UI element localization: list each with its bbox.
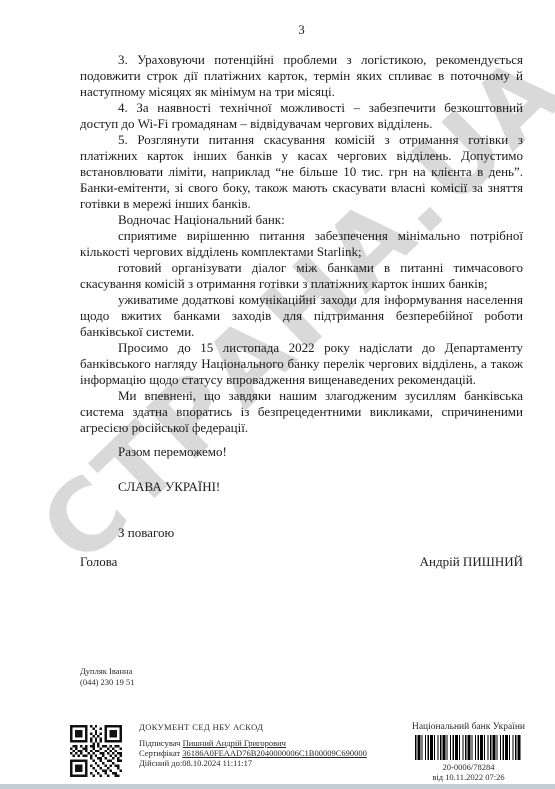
paragraph-nbu-intro: Водночас Національний банк: (80, 212, 523, 228)
signer-title: Голова (80, 554, 117, 570)
letter-body: 3 3. Ураховуючи потенційні проблеми з ло… (0, 0, 555, 570)
slogan-glory: СЛАВА УКРАЇНІ! (80, 479, 523, 495)
document-date: від 10.11.2022 07:26 (412, 772, 525, 782)
document-page: СТРАНА.UA 3 3. Ураховуючи потенційні про… (0, 0, 555, 789)
paragraph-wifi: 4. За наявності технічної можливості – з… (80, 100, 523, 132)
contact-phone: (044) 230 19 51 (80, 677, 135, 688)
signer-line: Підписувач Пишний Андрій Григорович (139, 738, 367, 748)
paragraph-logistics: 3. Ураховуючи потенційні проблеми з логі… (80, 52, 523, 100)
signer-label: Підписувач (139, 738, 183, 748)
digital-signature-stamp: ДОКУМЕНТ СЕД НБУ АСКОД Підписувач Пишний… (70, 722, 555, 782)
paragraph-starlink: сприятиме вирішенню питання забезпечення… (80, 228, 523, 260)
certificate-number: 36186A0FEAAD76B2040000006C1B00009C690000 (182, 748, 367, 758)
slogan-victory: Разом переможемо! (80, 444, 523, 460)
contact-person: Дупляк Іванна (80, 666, 135, 677)
organization-name: Національний банк України (412, 722, 525, 732)
certificate-line: Сертифікат 36186A0FEAAD76B2040000006C1B0… (139, 748, 367, 758)
validity-line: Дійсний до:08.10.2024 11:11:17 (139, 758, 367, 768)
paragraph-dialog: готовий організувати діалог між банками … (80, 260, 523, 292)
qr-code-icon (70, 722, 122, 780)
signature-row: Голова Андрій ПИШНИЙ (80, 554, 523, 570)
contact-block: Дупляк Іванна (044) 230 19 51 (80, 666, 135, 688)
stamp-text-block: ДОКУМЕНТ СЕД НБУ АСКОД Підписувач Пишний… (139, 722, 367, 768)
sed-system-line: ДОКУМЕНТ СЕД НБУ АСКОД (139, 722, 367, 732)
bottom-edge-strip (0, 784, 555, 789)
paragraph-request: Просимо до 15 листопада 2022 року надісл… (80, 340, 523, 388)
paragraph-communication: уживатиме додаткові комунікаційні заходи… (80, 292, 523, 340)
page-number: 3 (80, 22, 523, 38)
barcode-icon (415, 735, 521, 760)
signer-fullname: Пишний Андрій Григорович (183, 738, 286, 748)
document-number: 20-0006/78284 (412, 762, 525, 772)
certificate-label: Сертифікат (139, 748, 182, 758)
signer-name: Андрій ПИШНИЙ (420, 554, 523, 570)
registration-block: Національний банк України 20-0006/78284 … (412, 722, 525, 782)
closing-phrase: З повагою (80, 525, 523, 541)
paragraph-confidence: Ми впевнені, що завдяки нашим злагоджени… (80, 388, 523, 436)
paragraph-fees: 5. Розглянути питання скасування комісій… (80, 132, 523, 212)
